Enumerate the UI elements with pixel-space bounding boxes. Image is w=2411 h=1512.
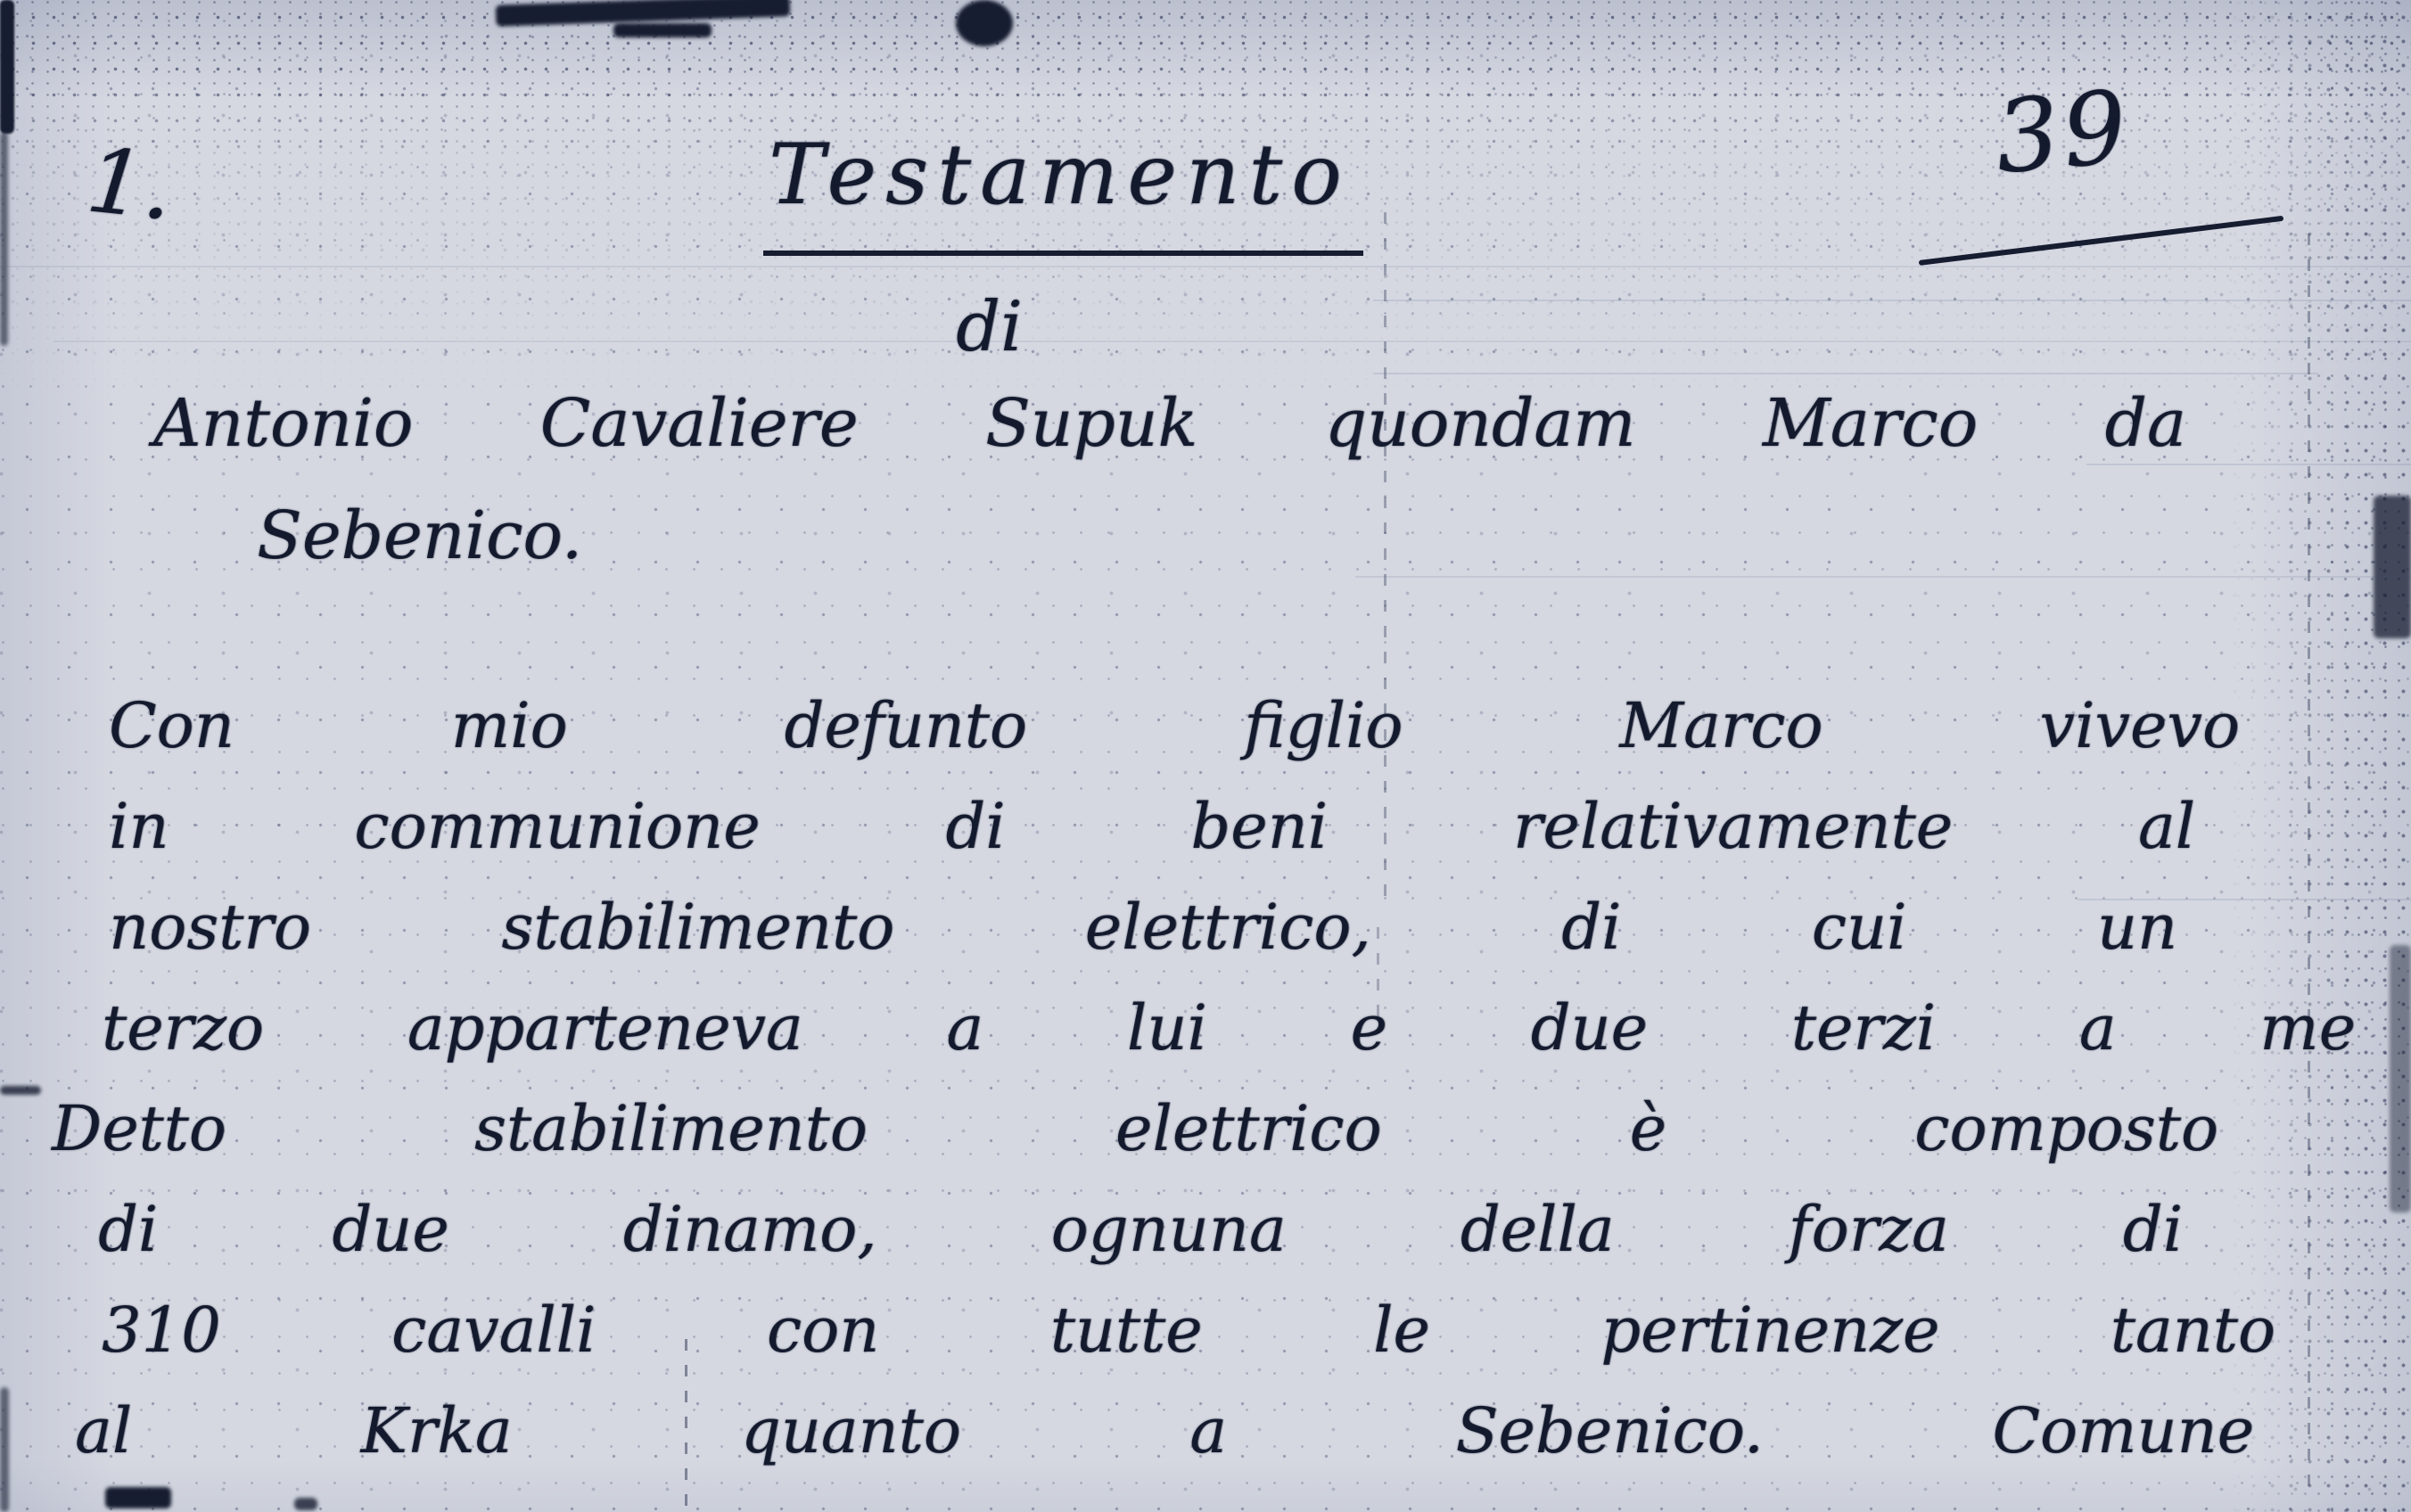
manuscript-line: di due dinamo, ognuna della forza di <box>0 1179 2411 1280</box>
manuscript-line: terzo apparteneva a lui e due terzi a me <box>0 978 2411 1079</box>
photocopy-smudge <box>0 0 14 134</box>
photocopy-smudge <box>294 1498 317 1510</box>
ruled-line <box>1355 576 2411 578</box>
photocopy-smudge <box>0 132 8 346</box>
photocopy-smudge <box>105 1487 171 1508</box>
ruled-line <box>53 341 2411 342</box>
manuscript-line: in communione di beni relativamente al <box>0 777 2411 877</box>
manuscript-line: al Krka quanto a Sebenico. Comune <box>0 1381 2411 1482</box>
photocopy-smudge <box>956 0 1013 46</box>
document-title: Testamento <box>763 127 1363 256</box>
manuscript-body: Con mio defunto figlio Marco vivevo in c… <box>0 676 2411 1482</box>
manuscript-page: 1. 39 Testamento di Antonio Cavaliere Su… <box>0 0 2411 1512</box>
ruled-line <box>0 266 2411 267</box>
manuscript-line: Con mio defunto figlio Marco vivevo <box>0 676 2411 777</box>
photocopy-smudge <box>2374 496 2411 638</box>
manuscript-line: 310 cavalli con tutte le pertinenze tant… <box>0 1280 2411 1381</box>
manuscript-line: nostro stabilimento elettrico, di cui un <box>0 877 2411 978</box>
ruled-line <box>1373 300 2411 301</box>
manuscript-line: Detto stabilimento elettrico è composto <box>0 1079 2411 1179</box>
page-number: 39 <box>1991 70 2135 197</box>
title-subtitle: di <box>956 287 1023 367</box>
margin-number: 1. <box>82 127 177 240</box>
heading-line: Sebenico. <box>257 481 582 590</box>
page-number-underline <box>1919 216 2284 266</box>
photocopy-smudge <box>613 23 712 37</box>
heading-line: Antonio Cavaliere Supuk quondam Marco da <box>0 369 2411 478</box>
